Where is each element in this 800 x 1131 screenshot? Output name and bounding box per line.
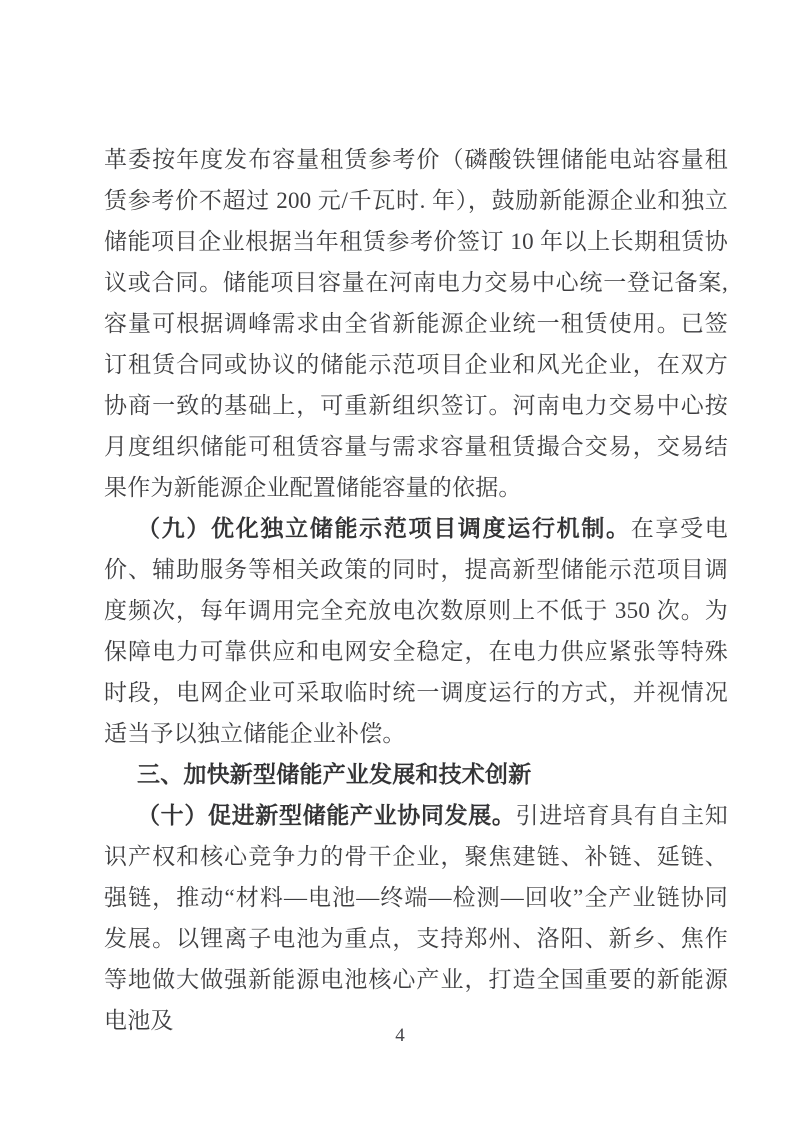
item-10-body-text: 引进培育具有自主知识产权和核心竞争力的骨干企业，聚焦建链、补链、延链、强链，推动…: [104, 803, 728, 1033]
page-number: 4: [0, 1022, 800, 1050]
item-9-body-text: 在享受电价、辅助服务等相关政策的同时，提高新型储能示范项目调度频次，每年调用完全…: [104, 516, 728, 746]
document-body: 革委按年度发布容量租赁参考价（磷酸铁锂储能电站容量租赁参考价不超过 200 元/…: [104, 139, 728, 1041]
paragraph-capacity-leasing: 革委按年度发布容量租赁参考价（磷酸铁锂储能电站容量租赁参考价不超过 200 元/…: [104, 139, 728, 508]
document-page: 革委按年度发布容量租赁参考价（磷酸铁锂储能电站容量租赁参考价不超过 200 元/…: [0, 0, 800, 1131]
paragraph-item-10: （十）促进新型储能产业协同发展。引进培育具有自主知识产权和核心竞争力的骨干企业，…: [104, 795, 728, 1041]
item-10-heading: （十）促进新型储能产业协同发展。: [137, 803, 516, 828]
section-3-heading: 三、加快新型储能产业发展和技术创新: [104, 754, 728, 795]
item-9-heading: （九）优化独立储能示范项目调度运行机制。: [137, 516, 631, 541]
paragraph-item-9: （九）优化独立储能示范项目调度运行机制。在享受电价、辅助服务等相关政策的同时，提…: [104, 508, 728, 754]
